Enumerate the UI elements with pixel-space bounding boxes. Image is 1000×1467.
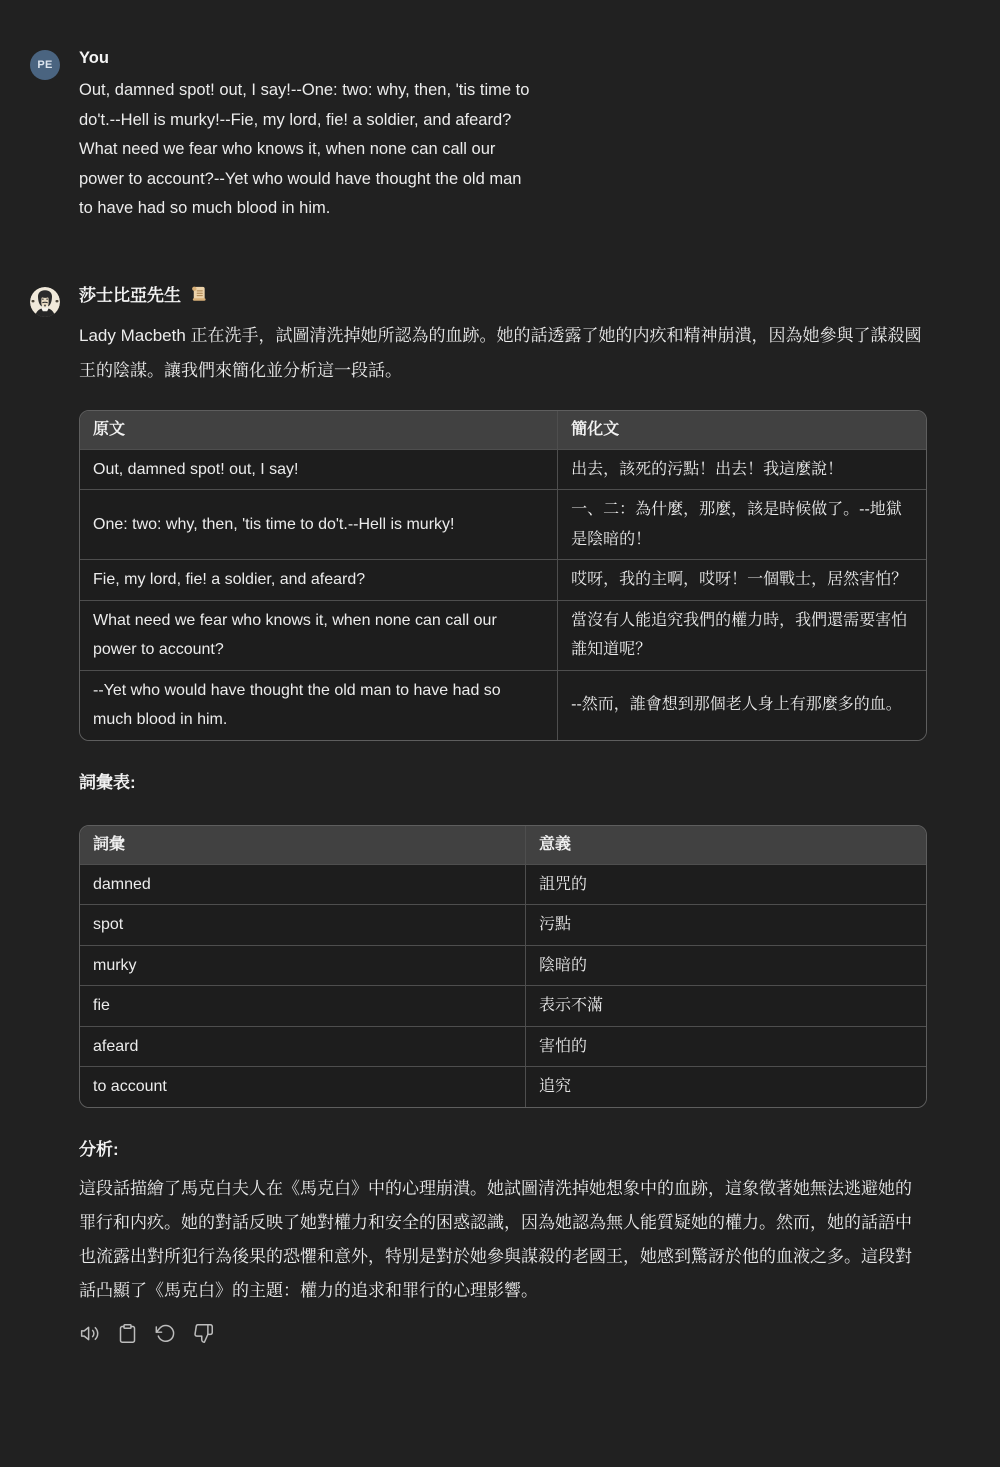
table-cell: spot [80, 904, 525, 945]
column-header: 意義 [525, 826, 926, 864]
table-cell: 詛咒的 [525, 864, 926, 905]
table-row: One: two: why, then, 'tis time to do't.-… [80, 489, 926, 559]
table-cell: 哎呀，我的主啊，哎呀！一個戰士，居然害怕？ [557, 559, 926, 600]
table-cell: 害怕的 [525, 1026, 926, 1067]
clipboard-icon[interactable] [115, 1321, 140, 1346]
user-avatar: PE [30, 50, 60, 80]
table-cell: Out, damned spot! out, I say! [80, 449, 557, 490]
table-cell: 當沒有人能追究我們的權力時，我們還需要害怕誰知道呢？ [557, 600, 926, 670]
bot-header: 莎士比亞先生 [79, 284, 927, 308]
shakespeare-portrait-icon[interactable] [30, 287, 60, 317]
table-cell: What need we fear who knows it, when non… [80, 600, 557, 670]
analysis-paragraph: 這段話描繪了馬克白夫人在《馬克白》中的心理崩潰。她試圖清洗掉她想象中的血跡，這象… [79, 1172, 927, 1308]
user-message: PE You Out, damned spot! out, I say!--On… [30, 47, 927, 224]
column-header: 詞彙 [80, 826, 525, 864]
table-cell: fie [80, 985, 525, 1026]
thumbs-down-icon[interactable] [191, 1321, 216, 1346]
table-cell: --Yet who would have thought the old man… [80, 670, 557, 740]
table-cell: --然而，誰會想到那個老人身上有那麼多的血。 [557, 670, 926, 740]
table-row: Out, damned spot! out, I say!出去，該死的污點！出去… [80, 449, 926, 490]
table-cell: Fie, my lord, fie! a soldier, and afeard… [80, 559, 557, 600]
vocab-table: 詞彙意義 damned詛咒的spot污點murky陰暗的fie表示不滿afear… [79, 825, 927, 1108]
speaker-icon[interactable] [77, 1321, 102, 1346]
bot-name-label[interactable]: 莎士比亞先生 [79, 284, 181, 308]
vocab-heading: 詞彙表: [79, 772, 927, 794]
table-row: murky陰暗的 [80, 945, 926, 986]
table-cell: afeard [80, 1026, 525, 1067]
table-header-row: 原文簡化文 [80, 411, 926, 449]
table-row: damned詛咒的 [80, 864, 926, 905]
analysis-heading: 分析: [79, 1139, 927, 1161]
assistant-message: 莎士比亞先生 Lady Macbeth 正在洗手，試圖清洗掉她所認為的血跡。她的… [30, 284, 927, 1346]
table-row: Fie, my lord, fie! a soldier, and afeard… [80, 559, 926, 600]
bot-intro-paragraph: Lady Macbeth 正在洗手，試圖清洗掉她所認為的血跡。她的話透露了她的内… [79, 318, 927, 388]
column-header: 原文 [80, 411, 557, 449]
message-action-bar [77, 1321, 927, 1346]
column-header: 簡化文 [557, 411, 926, 449]
simplify-table-grid: 原文簡化文 Out, damned spot! out, I say!出去，該死… [80, 411, 926, 740]
scroll-icon [189, 284, 208, 308]
table-cell: 表示不滿 [525, 985, 926, 1026]
table-row: to account追究 [80, 1066, 926, 1107]
table-row: afeard害怕的 [80, 1026, 926, 1067]
table-row: --Yet who would have thought the old man… [80, 670, 926, 740]
table-cell: 出去，該死的污點！出去！我這麼說！ [557, 449, 926, 490]
table-cell: 污點 [525, 904, 926, 945]
simplify-table: 原文簡化文 Out, damned spot! out, I say!出去，該死… [79, 410, 927, 741]
table-cell: to account [80, 1066, 525, 1107]
table-cell: 陰暗的 [525, 945, 926, 986]
table-cell: 追究 [525, 1066, 926, 1107]
vocab-table-grid: 詞彙意義 damned詛咒的spot污點murky陰暗的fie表示不滿afear… [80, 826, 926, 1107]
table-row: What need we fear who knows it, when non… [80, 600, 926, 670]
user-name-label: You [79, 47, 927, 69]
user-message-text: Out, damned spot! out, I say!--One: two:… [79, 76, 531, 224]
table-cell: One: two: why, then, 'tis time to do't.-… [80, 489, 557, 559]
table-row: fie表示不滿 [80, 985, 926, 1026]
table-cell: 一、二：為什麼，那麼，該是時候做了。--地獄是陰暗的！ [557, 489, 926, 559]
regenerate-icon[interactable] [153, 1321, 178, 1346]
table-header-row: 詞彙意義 [80, 826, 926, 864]
table-cell: murky [80, 945, 525, 986]
chat-page: PE You Out, damned spot! out, I say!--On… [0, 0, 1000, 1467]
table-row: spot污點 [80, 904, 926, 945]
table-cell: damned [80, 864, 525, 905]
